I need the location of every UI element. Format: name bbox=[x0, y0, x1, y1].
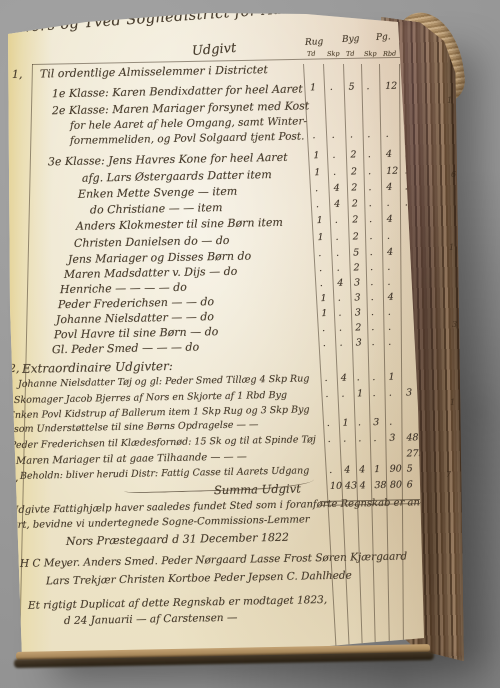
amount-cell: 43 bbox=[345, 480, 357, 491]
amount-cell: 1 bbox=[314, 167, 320, 178]
amount-cell: . bbox=[343, 434, 346, 445]
row-text: Gl. Peder Smed — — — do bbox=[52, 340, 199, 356]
row-text: Lars Trekjær Christen Kortboe Peder Jeps… bbox=[46, 570, 352, 588]
amount-cell: 4 bbox=[387, 247, 393, 258]
amount-cell: 2 bbox=[352, 214, 358, 225]
row-text: Johanne Nielsdatter — — do bbox=[56, 310, 214, 326]
row-text: d 24 Januarii — af Carstensen — bbox=[64, 612, 238, 627]
row-text: H C Meyer. Anders Smed. Peder Nørgaard L… bbox=[20, 550, 407, 569]
amount-cell: . bbox=[358, 433, 361, 444]
amount-cell: 1 bbox=[321, 293, 327, 304]
amount-cell: 5 bbox=[407, 463, 413, 474]
amount-cell: . bbox=[373, 388, 376, 399]
amount-cell: 5 bbox=[348, 81, 354, 92]
amount-cell: 1 bbox=[310, 82, 316, 93]
amount-cell: . bbox=[373, 433, 376, 444]
row-text: Til ordentlige Almisselemmer i Districte… bbox=[40, 63, 268, 80]
row-text: Johanne Nielsdatter Tøj og gl: Peder Sme… bbox=[18, 373, 310, 390]
amount-cell: . bbox=[332, 150, 335, 161]
amount-cell: . bbox=[386, 198, 389, 209]
row-text: Enken Mette Svenge — item bbox=[78, 185, 237, 201]
amount-cell: 2 bbox=[352, 198, 358, 209]
amount-cell: 2 bbox=[351, 166, 357, 177]
row-text: 2e Klasse: Maren Mariager forsynet med K… bbox=[52, 99, 310, 117]
fore-edge-mark: 1 bbox=[447, 96, 452, 105]
amount-cell: . bbox=[358, 417, 361, 428]
amount-cell: . bbox=[319, 263, 322, 274]
amount-cell: . bbox=[387, 262, 390, 273]
column-unit-label: Skp bbox=[364, 50, 377, 58]
amount-cell: 4 bbox=[334, 183, 340, 194]
amount-cell: 6 bbox=[407, 479, 413, 490]
row-text: Maren Mariager til at gaae Tilhaande — —… bbox=[16, 452, 247, 467]
amount-cell: 1 bbox=[357, 388, 363, 399]
amount-cell: . bbox=[357, 372, 360, 383]
amount-cell: 48 bbox=[406, 432, 418, 443]
row-text: Povl Havre til sine Børn — do bbox=[54, 325, 219, 341]
amount-cell: . bbox=[325, 389, 328, 400]
row-text: do Christiane — — item bbox=[90, 201, 223, 217]
row-text: for hele Aaret af hele Omgang, samt Wint… bbox=[70, 115, 307, 132]
amount-cell: . bbox=[338, 308, 341, 319]
amount-cell: . bbox=[330, 82, 333, 93]
ledger-body: TdSkpTdSkpRbdSk1,Til ordentlige Almissel… bbox=[6, 8, 430, 660]
column-unit-label: Td bbox=[346, 50, 355, 58]
row-text: Extraordinaire Udgivter: bbox=[22, 359, 173, 376]
amount-cell: . bbox=[370, 247, 373, 258]
amount-cell: 2 bbox=[351, 182, 357, 193]
amount-cell: . bbox=[320, 278, 323, 289]
amount-cell: 27 bbox=[406, 448, 418, 459]
amount-cell: . bbox=[333, 167, 336, 178]
amount-cell: 3 bbox=[356, 337, 362, 348]
amount-cell: 3 bbox=[389, 433, 395, 444]
amount-cell: 4 bbox=[334, 199, 340, 210]
amount-cell: . bbox=[366, 81, 369, 92]
amount-cell: . bbox=[369, 231, 372, 242]
amount-cell: 10 bbox=[330, 481, 342, 492]
amount-cell: 12 bbox=[385, 81, 397, 92]
amount-cell: . bbox=[339, 323, 342, 334]
amount-cell: . bbox=[368, 182, 371, 193]
ledger-page: Nors og Tved Sognedistrict for Aaret 182… bbox=[6, 8, 430, 660]
amount-cell: . bbox=[372, 372, 375, 383]
amount-cell: . bbox=[369, 214, 372, 225]
fore-edge-mark: 6 bbox=[451, 170, 456, 179]
amount-cell: . bbox=[371, 337, 374, 348]
ledger-row-section: 1,Til ordentlige Almisselemmer i Distric… bbox=[6, 60, 430, 82]
amount-cell: 1 bbox=[317, 232, 323, 243]
amount-cell: 1 bbox=[317, 215, 323, 226]
row-text: afg. Lars Østergaards Datter item bbox=[82, 168, 272, 185]
amount-cell: . bbox=[329, 465, 332, 476]
amount-cell: 1 bbox=[389, 372, 395, 383]
amount-cell: . bbox=[339, 338, 342, 349]
amount-cell: . bbox=[371, 322, 374, 333]
amount-cell: . bbox=[370, 277, 373, 288]
fore-edge-mark: 3 bbox=[452, 320, 457, 329]
amount-cell: . bbox=[369, 198, 372, 209]
amount-cell: 3 bbox=[373, 417, 379, 428]
amount-cell: . bbox=[338, 293, 341, 304]
amount-cell: 1 bbox=[342, 418, 348, 429]
amount-cell: 4 bbox=[388, 292, 394, 303]
amount-cell: 3 bbox=[354, 292, 360, 303]
row-text: Peder Frederichsen — — do bbox=[58, 295, 214, 311]
amount-cell: 2 bbox=[350, 149, 356, 160]
amount-cell: . bbox=[367, 129, 370, 140]
row-margin-number: 1, bbox=[12, 68, 23, 81]
amount-cell: 4 bbox=[360, 480, 366, 491]
amount-cell: 3 bbox=[406, 387, 412, 398]
amount-cell: . bbox=[371, 292, 374, 303]
amount-cell: . bbox=[318, 248, 321, 259]
row-text: Anders Klokmester til sine Børn item bbox=[76, 216, 283, 233]
amount-cell: . bbox=[387, 231, 390, 242]
row-text: Nors Præstegaard d 31 December 1822 bbox=[66, 531, 289, 548]
amount-cell: 1 bbox=[374, 464, 380, 475]
amount-cell: 4 bbox=[344, 465, 350, 476]
amount-cell: . bbox=[368, 149, 371, 160]
row-text: Maren Madsdatter v. Dijs — do bbox=[64, 265, 238, 281]
amount-cell: . bbox=[388, 307, 391, 318]
row-text: 1e Klasse: Karen Bendixdatter for heel A… bbox=[52, 82, 303, 100]
amount-cell: . bbox=[335, 232, 338, 243]
ledger-row: Lars Trekjær Christen Kortboe Peder Jeps… bbox=[6, 568, 430, 590]
amount-cell: . bbox=[337, 263, 340, 274]
amount-cell: 3 bbox=[354, 277, 360, 288]
amount-cell: 80 bbox=[390, 480, 402, 491]
amount-cell: . bbox=[315, 183, 318, 194]
amount-cell: 3 bbox=[355, 307, 361, 318]
amount-cell: 2 bbox=[355, 322, 361, 333]
amount-cell: . bbox=[405, 197, 408, 208]
amount-cell: 4 bbox=[341, 373, 347, 384]
amount-cell: . bbox=[312, 130, 315, 141]
row-text: Et rigtigt Duplicat af dette Regnskab er… bbox=[28, 594, 327, 612]
row-text: Christen Danielsen do — do bbox=[74, 234, 230, 250]
amount-cell: . bbox=[370, 262, 373, 273]
amount-cell: . bbox=[336, 248, 339, 259]
amount-cell: . bbox=[328, 434, 331, 445]
amount-cell: . bbox=[316, 199, 319, 210]
amount-cell: 4 bbox=[386, 182, 392, 193]
amount-cell: . bbox=[368, 166, 371, 177]
column-unit-label: Td bbox=[306, 50, 315, 58]
fore-edge-mark: 7 bbox=[446, 470, 451, 479]
amount-cell: 4 bbox=[337, 278, 343, 289]
amount-cell: . bbox=[371, 307, 374, 318]
amount-cell: 4 bbox=[359, 464, 365, 475]
amount-cell: . bbox=[388, 322, 391, 333]
fore-edge-mark: 1 bbox=[449, 243, 454, 252]
amount-cell: . bbox=[332, 130, 335, 141]
amount-cell: 1 bbox=[321, 308, 327, 319]
amount-cell: 38 bbox=[374, 480, 386, 491]
fore-edge-mark: 1 bbox=[450, 398, 455, 407]
amount-cell: 2 bbox=[353, 231, 359, 242]
amount-cell: . bbox=[350, 129, 353, 140]
row-text: Henriche — — — — do bbox=[60, 281, 187, 296]
amount-cell: . bbox=[327, 418, 330, 429]
photo-of-ledger-page: Nors og Tved Sognedistrict for Aaret 182… bbox=[0, 0, 500, 688]
row-text: Jens Mariager og Disses Børn do bbox=[68, 249, 251, 266]
column-unit-label: Skp bbox=[327, 50, 340, 58]
amount-cell: . bbox=[389, 388, 392, 399]
amount-cell: 4 bbox=[386, 149, 392, 160]
amount-cell: 2 bbox=[354, 262, 360, 273]
amount-cell: 4 bbox=[387, 214, 393, 225]
amount-cell: . bbox=[335, 215, 338, 226]
amount-cell: . bbox=[387, 277, 390, 288]
amount-cell: . bbox=[386, 129, 389, 140]
amount-cell: . bbox=[324, 373, 327, 384]
amount-cell: . bbox=[323, 338, 326, 349]
column-unit-label: Rbd bbox=[383, 50, 396, 58]
amount-cell: 1 bbox=[313, 150, 319, 161]
amount-cell: 90 bbox=[390, 464, 402, 475]
amount-cell: . bbox=[388, 337, 391, 348]
amount-cell: . bbox=[322, 323, 325, 334]
amount-cell: 5 bbox=[353, 247, 359, 258]
row-text: 3e Klasse: Jens Havres Kone for heel Aar… bbox=[48, 151, 288, 169]
amount-cell: . bbox=[341, 389, 344, 400]
amount-cell: 12 bbox=[386, 166, 398, 177]
amount-cell: . bbox=[389, 417, 392, 428]
